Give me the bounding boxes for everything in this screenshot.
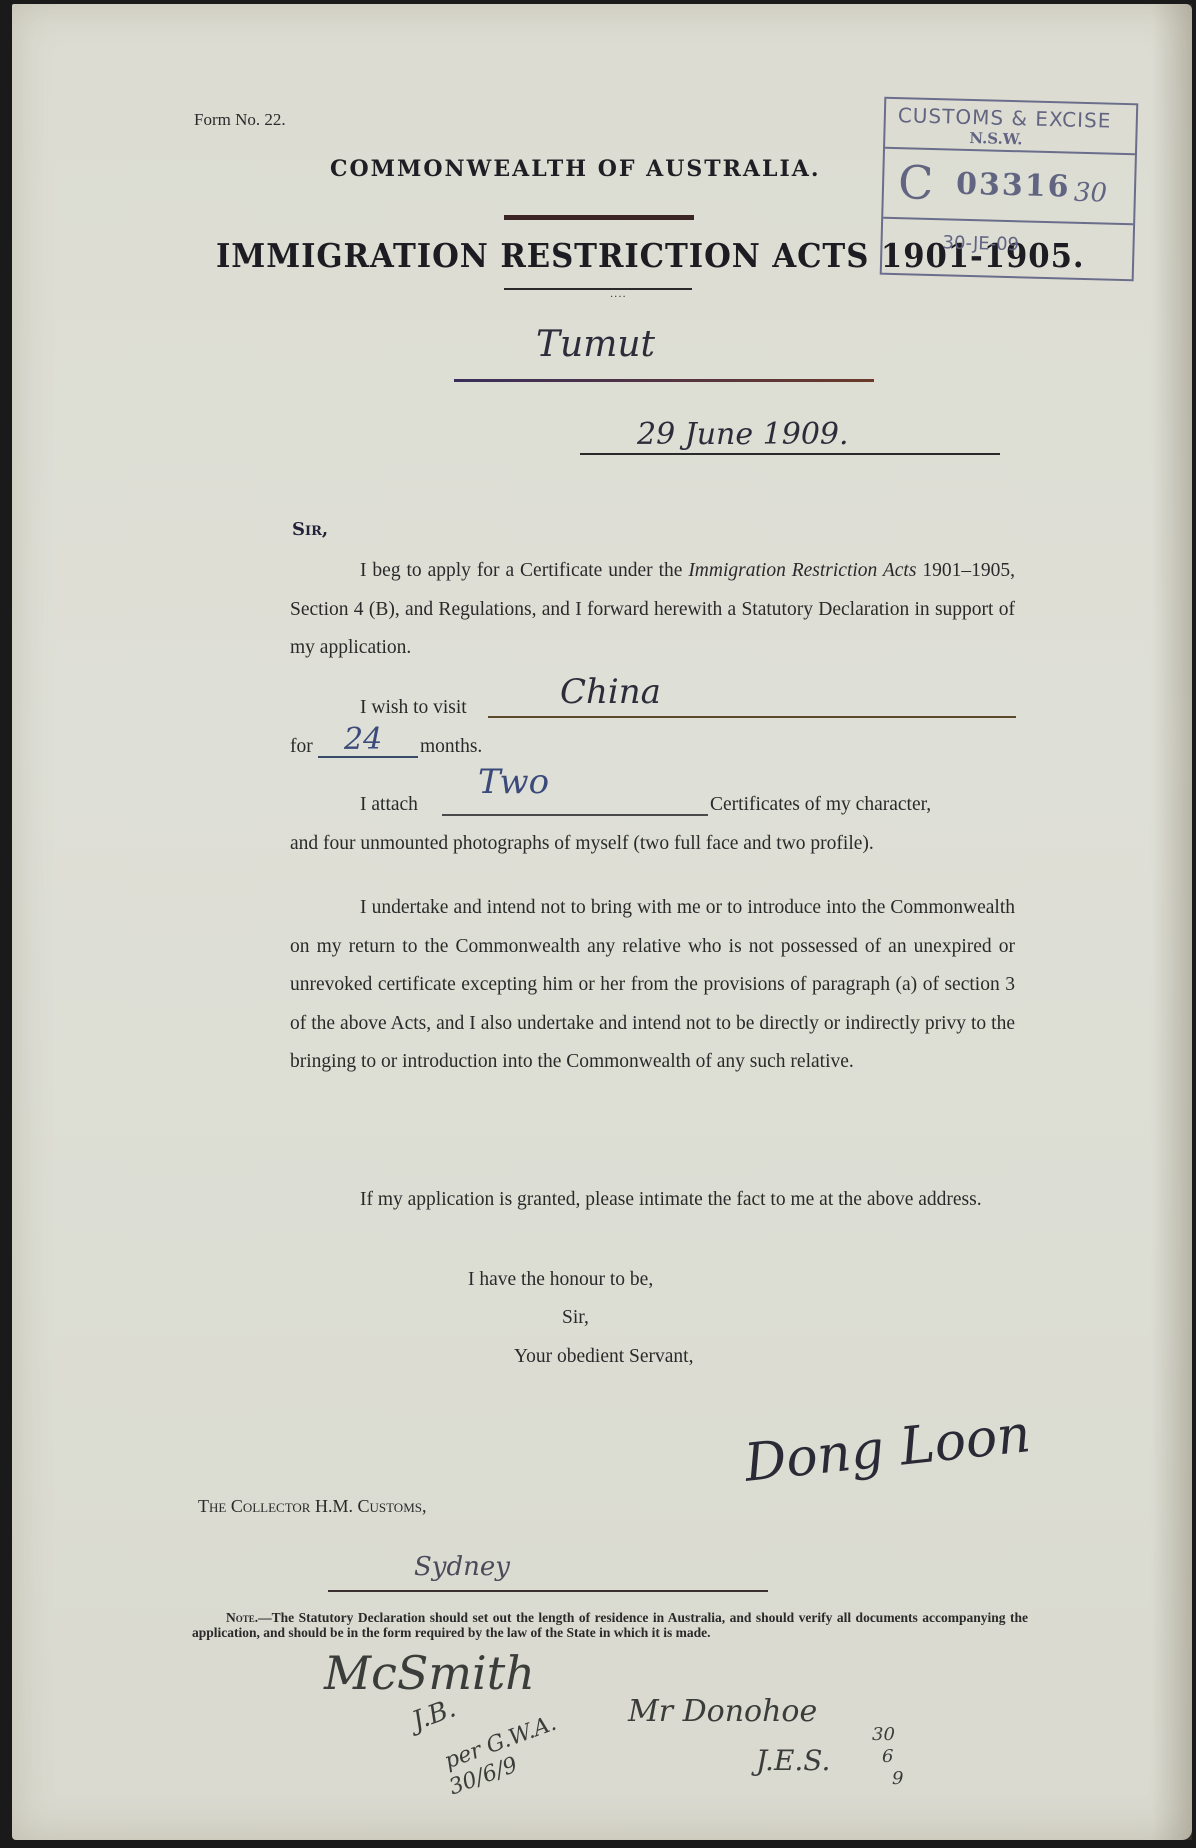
stamp-divider: [883, 217, 1133, 226]
officer-annotation-2: Mr Donohoe: [628, 1694, 817, 1729]
certificates-label: Certificates of my character,: [710, 794, 931, 816]
officer-annotation-1: McSmith: [324, 1646, 535, 1700]
visit-label: I wish to visit: [360, 697, 467, 719]
for-label: for: [290, 736, 313, 758]
date-field-line: [580, 453, 1000, 455]
attach-label: I attach: [360, 794, 418, 816]
stamp-line2: N.S.W.: [969, 129, 1023, 148]
heading-rule-bottom: [504, 288, 692, 290]
stamp-suffix: 30: [1074, 178, 1108, 209]
handwritten-place: Tumut: [536, 324, 655, 365]
date-month: 6: [872, 1746, 903, 1768]
ornament: ....: [610, 289, 627, 300]
document-page: Form No. 22. COMMONWEALTH OF AUSTRALIA. …: [12, 4, 1192, 1840]
certificates-field-line: [442, 814, 708, 816]
handwritten-certificates-count: Two: [478, 762, 549, 802]
closing-line1: I have the honour to be,: [468, 1269, 653, 1291]
note-text: —The Statutory Declaration should set ou…: [192, 1610, 1028, 1640]
handwritten-date: 29 June 1909.: [637, 417, 849, 452]
officer-annotation-2-date: 30 6 9: [872, 1724, 903, 1790]
place-field-line: [454, 379, 874, 382]
stamp-line1: CUSTOMS & EXCISE: [898, 103, 1112, 133]
note-lead: Note.: [226, 1610, 258, 1625]
date-day: 30: [872, 1724, 903, 1746]
handwritten-destination: China: [560, 672, 661, 712]
stamp-series: C: [897, 155, 934, 210]
jurisdiction-heading: COMMONWEALTH OF AUSTRALIA.: [330, 156, 821, 182]
act-name: Immigration Restriction Acts: [688, 560, 916, 581]
collector-location-line: [328, 1590, 768, 1592]
paragraph-granted: If my application is granted, please int…: [290, 1181, 1015, 1220]
customs-stamp: CUSTOMS & EXCISE N.S.W. C 03316 30 30-JE…: [880, 97, 1139, 282]
closing-line2: Sir,: [562, 1307, 589, 1329]
visit-field-line: [488, 716, 1016, 718]
paragraph-application: I beg to apply for a Certificate under t…: [290, 552, 1015, 668]
paragraph-undertaking: I undertake and intend not to bring with…: [290, 889, 1015, 1082]
stamp-number: 03316: [956, 167, 1071, 205]
date-year: 9: [872, 1768, 903, 1790]
undertaking-text: I undertake and intend not to bring with…: [290, 897, 1015, 1072]
closing-line3: Your obedient Servant,: [514, 1346, 693, 1368]
handwritten-collector-location: Sydney: [414, 1552, 510, 1582]
para1-text: I beg to apply for a Certificate under t…: [360, 560, 688, 581]
salutation: Sir,: [292, 519, 328, 540]
footnote: Note.—The Statutory Declaration should s…: [192, 1610, 1028, 1640]
months-label: months.: [420, 736, 482, 758]
heading-rule-top: [504, 215, 694, 220]
stamp-date: 30-JE-09: [942, 232, 1019, 255]
applicant-signature: Dong Loon: [742, 1404, 1034, 1494]
addressee-label: The Collector H.M. Customs,: [198, 1496, 427, 1517]
paper-edge-shadow: [1152, 4, 1192, 1840]
photos-line: and four unmounted photographs of myself…: [290, 833, 874, 855]
handwritten-months: 24: [344, 722, 382, 757]
granted-text: If my application is granted, please int…: [360, 1189, 982, 1210]
officer-annotation-2-initials: J.E.S.: [756, 1744, 830, 1777]
form-number: Form No. 22.: [194, 110, 286, 130]
